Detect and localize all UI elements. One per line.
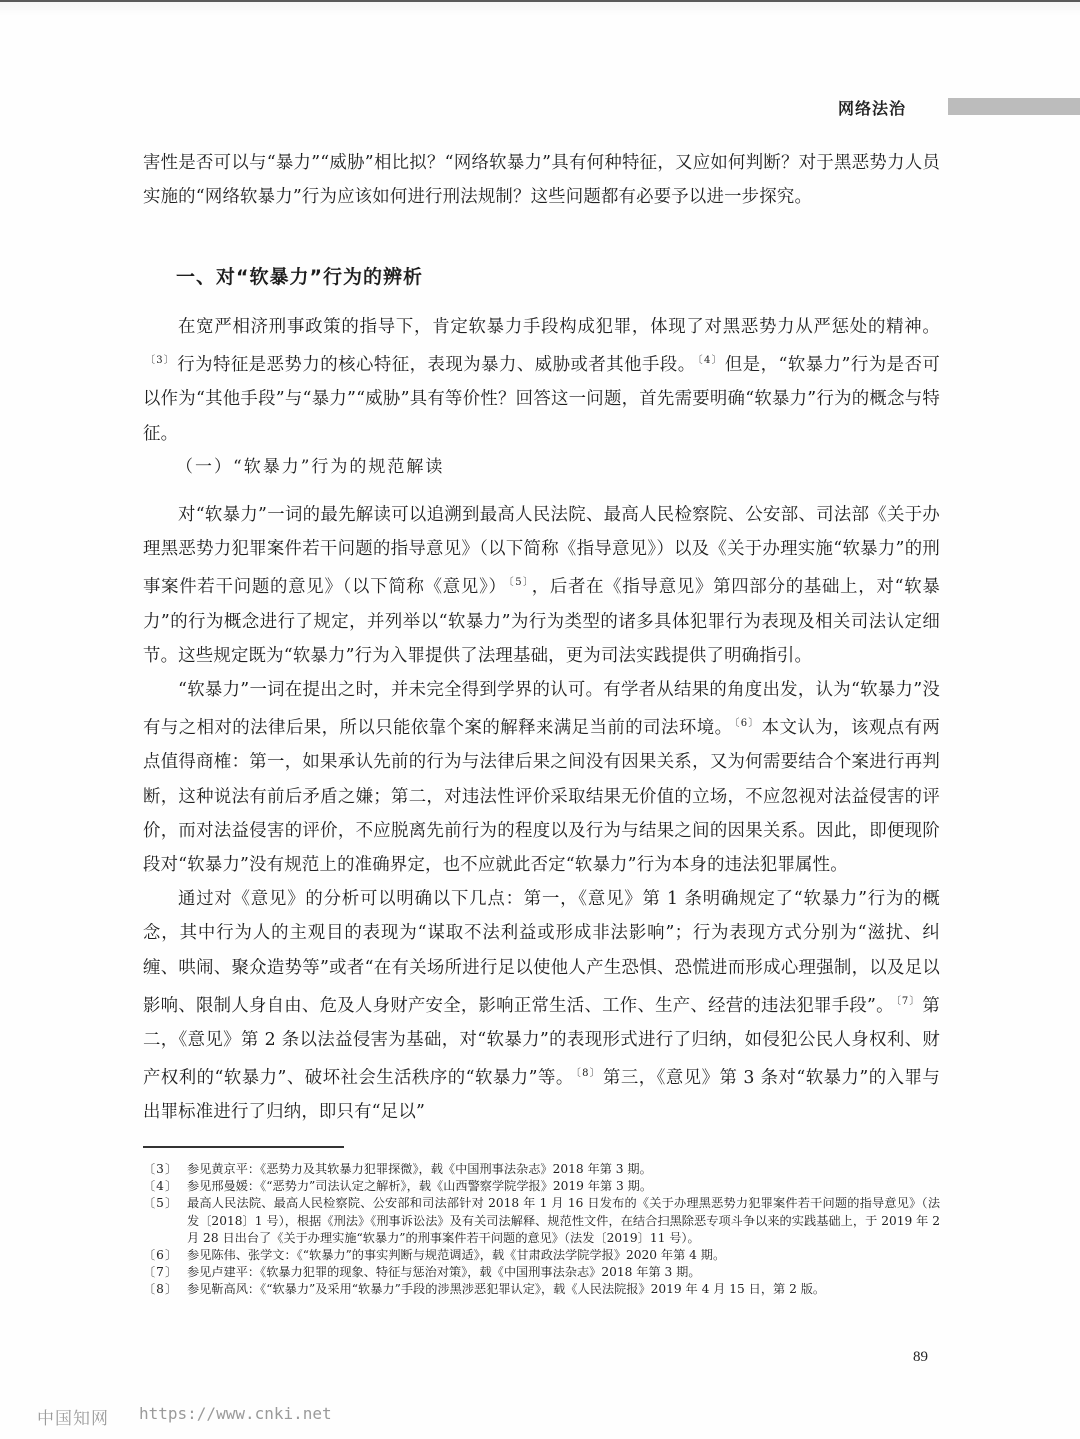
footnote-item: 〔7〕 参见卢建平：《软暴力犯罪的现象、特征与惩治对策》，载《中国刑事法杂志》2… [143, 1264, 940, 1281]
footnote-item: 〔6〕 参见陈伟、张学文：《“软暴力”的事实判断与规范调适》，载《甘肃政法学院学… [143, 1247, 940, 1264]
footnote-ref-3[interactable]: 〔3〕 [145, 355, 175, 366]
footnote-text: 参见陈伟、张学文：《“软暴力”的事实判断与规范调适》，载《甘肃政法学院学报》20… [187, 1247, 940, 1264]
footnote-ref-5[interactable]: 〔5〕 [509, 577, 530, 588]
paragraph-2: 对“软暴力”一词的最先解读可以追溯到最高人民法院、最高人民检察院、公安部、司法部… [143, 498, 940, 673]
paragraph-text: 通过对《意见》的分析可以明确以下几点：第一，《意见》第 1 条明确规定了“软暴力… [143, 889, 940, 1016]
page-top-shade [0, 2, 1080, 16]
paragraph-4: 通过对《意见》的分析可以明确以下几点：第一，《意见》第 1 条明确规定了“软暴力… [143, 882, 940, 1129]
section-heading: 一、对“软暴力”行为的辨析 [176, 262, 423, 289]
paragraph-text: 行为特征是恶势力的核心特征，表现为暴力、威胁或者其他手段。 [177, 355, 695, 375]
footnote-ref-8[interactable]: 〔8〕 [576, 1068, 601, 1079]
watermark-url: https://www.cnki.net [139, 1404, 332, 1429]
running-head-bar [948, 98, 1080, 115]
paragraph-text: 在宽严相济刑事政策的指导下，肯定软暴力手段构成犯罪，体现了对黑恶势力从严惩处的精… [178, 317, 940, 337]
footnotes-list: 〔3〕 参见黄京平：《恶势力及其软暴力犯罪探微》，载《中国刑事法杂志》2018 … [143, 1161, 940, 1299]
paragraph-1: 在宽严相济刑事政策的指导下，肯定软暴力手段构成犯罪，体现了对黑恶势力从严惩处的精… [143, 310, 940, 451]
footnote-number: 〔4〕 [143, 1178, 187, 1195]
watermark-site-name: 中国知网 [37, 1404, 109, 1429]
section-title: 网络法治 [838, 96, 906, 119]
footnote-number: 〔5〕 [143, 1195, 187, 1247]
page-number: 89 [913, 1349, 928, 1366]
intro-paragraph: 害性是否可以与“暴力”“威胁”相比拟？“网络软暴力”具有何种特征，又应如何判断？… [143, 146, 940, 214]
footnote-number: 〔7〕 [143, 1264, 187, 1281]
paragraph-text: 本文认为，该观点有两点值得商榷：第一，如果承认先前的行为与法律后果之间没有因果关… [143, 718, 940, 875]
footnote-item: 〔3〕 参见黄京平：《恶势力及其软暴力犯罪探微》，载《中国刑事法杂志》2018 … [143, 1161, 940, 1178]
intro-block: 害性是否可以与“暴力”“威胁”相比拟？“网络软暴力”具有何种特征，又应如何判断？… [143, 146, 940, 214]
footnote-item: 〔5〕 最高人民法院、最高人民检察院、公安部和司法部针对 2018 年 1 月 … [143, 1195, 940, 1247]
footnote-text: 参见邢曼媛：《“恶势力”司法认定之解析》，载《山西警察学院学报》2019 年第 … [187, 1178, 940, 1195]
footnote-ref-6[interactable]: 〔6〕 [734, 718, 759, 729]
footnote-ref-7[interactable]: 〔7〕 [896, 996, 921, 1007]
footnote-text: 参见黄京平：《恶势力及其软暴力犯罪探微》，载《中国刑事法杂志》2018 年第 3… [187, 1161, 940, 1178]
paragraphs-main-block: 对“软暴力”一词的最先解读可以追溯到最高人民法院、最高人民检察院、公安部、司法部… [143, 498, 940, 1130]
watermark: 中国知网 https://www.cnki.net [37, 1404, 332, 1429]
paragraph-3: “软暴力”一词在提出之时，并未完全得到学界的认可。有学者从结果的角度出发，认为“… [143, 673, 940, 882]
footnote-text: 参见卢建平：《软暴力犯罪的现象、特征与惩治对策》，载《中国刑事法杂志》2018 … [187, 1264, 940, 1281]
footnote-number: 〔6〕 [143, 1247, 187, 1264]
footnote-number: 〔3〕 [143, 1161, 187, 1178]
running-head: 网络法治 [838, 95, 906, 119]
footnote-item: 〔8〕 参见靳高风：《“软暴力”及采用“软暴力”手段的涉黑涉恶犯罪认定》，载《人… [143, 1281, 940, 1298]
subsection-heading: （一）“软暴力”行为的规范解读 [176, 452, 444, 477]
footnote-number: 〔8〕 [143, 1281, 187, 1298]
footnote-item: 〔4〕 参见邢曼媛：《“恶势力”司法认定之解析》，载《山西警察学院学报》2019… [143, 1178, 940, 1195]
footnote-text: 参见靳高风：《“软暴力”及采用“软暴力”手段的涉黑涉恶犯罪认定》，载《人民法院报… [187, 1281, 940, 1298]
paragraph-1-block: 在宽严相济刑事政策的指导下，肯定软暴力手段构成犯罪，体现了对黑恶势力从严惩处的精… [143, 310, 940, 451]
footnote-divider [143, 1146, 344, 1148]
footnote-ref-4[interactable]: 〔4〕 [698, 355, 723, 366]
footnote-text: 最高人民法院、最高人民检察院、公安部和司法部针对 2018 年 1 月 16 日… [187, 1195, 940, 1247]
